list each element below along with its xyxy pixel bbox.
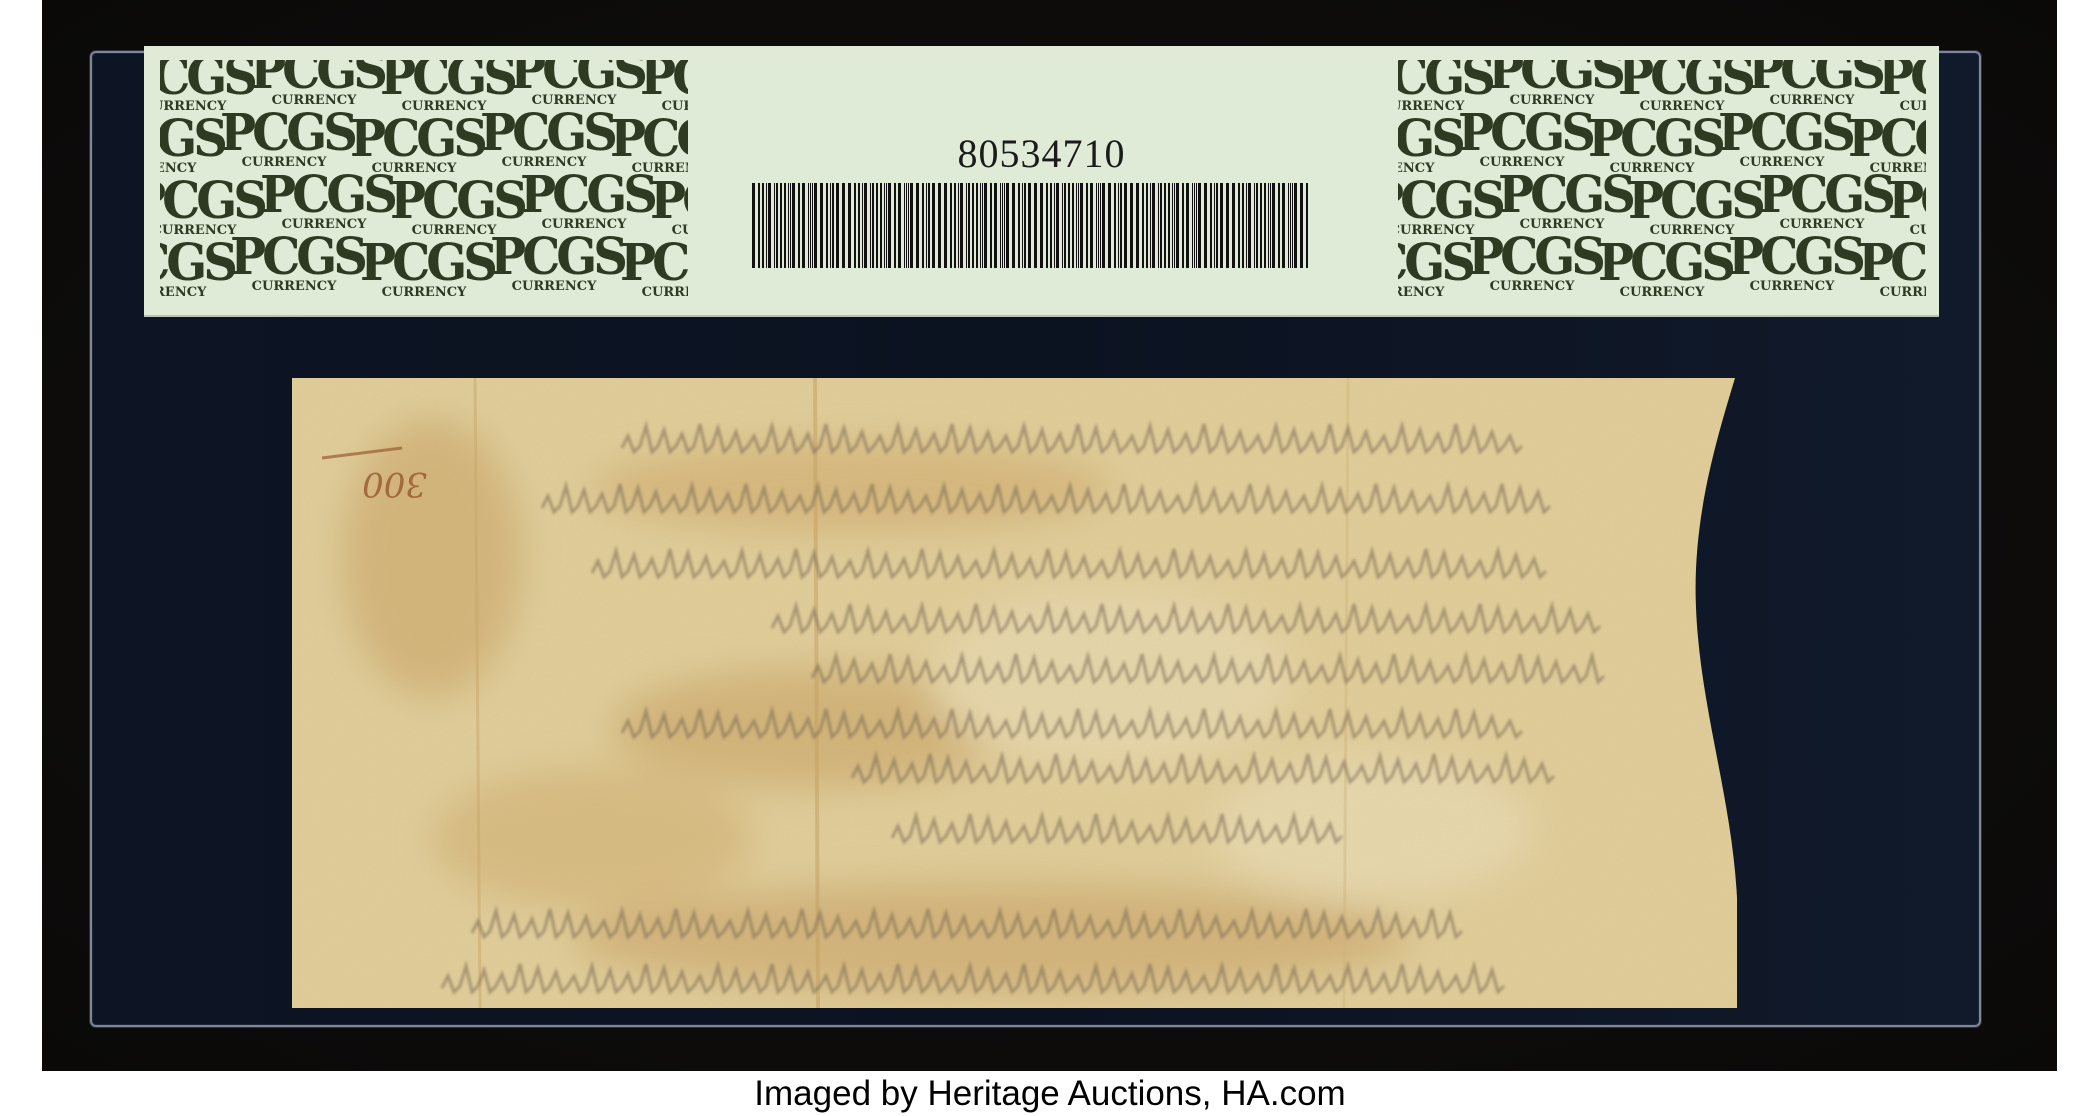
image-credit-caption: Imaged by Heritage Auctions, HA.com	[0, 1071, 2100, 1116]
holder-label: PCGSCURRENCYPCGSCURRENCYPCGSCURRENCYPCGS…	[144, 46, 1939, 315]
pcgs-logo: PCGSCURRENCY	[1888, 178, 1926, 238]
pcgs-logo: PCGSCURRENCY	[360, 240, 488, 300]
pcgs-logo: PCGSCURRENCY	[160, 240, 228, 300]
pcgs-logo: PCGSCURRENCY	[640, 60, 688, 114]
pcgs-logo: PCGSCURRENCY	[1498, 172, 1626, 232]
pcgs-logo: PCGSCURRENCY	[1878, 60, 1926, 114]
pcgs-logo: PCGSCURRENCY	[230, 234, 358, 294]
pcgs-logo: PCGSCURRENCY	[1718, 110, 1846, 170]
pcgs-logo: PCGSCURRENCY	[620, 240, 688, 300]
handwritten-marking: 300	[362, 464, 427, 504]
pcgs-logo: PCGSCURRENCY	[1468, 234, 1596, 294]
pcgs-logo: PCGSCURRENCY	[1758, 172, 1886, 232]
pcgs-logo: PCGSCURRENCY	[510, 60, 638, 108]
pcgs-logo: PCGSCURRENCY	[250, 60, 378, 108]
pcgs-logo: PCGSCURRENCY	[650, 178, 688, 238]
pcgs-pattern-left: PCGSCURRENCYPCGSCURRENCYPCGSCURRENCYPCGS…	[160, 60, 688, 305]
pcgs-logo: PCGSCURRENCY	[1398, 116, 1456, 176]
barcode	[752, 183, 1309, 268]
pcgs-logo: PCGSCURRENCY	[490, 234, 618, 294]
pcgs-pattern-right: PCGSCURRENCYPCGSCURRENCYPCGSCURRENCYPCGS…	[1398, 60, 1926, 305]
pcgs-logo: PCGSCURRENCY	[1598, 240, 1726, 300]
pcgs-logo: PCGSCURRENCY	[1728, 234, 1856, 294]
pcgs-logo: PCGSCURRENCY	[1458, 110, 1586, 170]
pcgs-logo: PCGSCURRENCY	[1858, 240, 1926, 300]
currency-note: 300	[292, 378, 1742, 1008]
pcgs-logo: PCGSCURRENCY	[1488, 60, 1616, 108]
pcgs-logo: PCGSCURRENCY	[1748, 60, 1876, 108]
pcgs-logo: PCGSCURRENCY	[520, 172, 648, 232]
pcgs-logo: PCGSCURRENCY	[1398, 240, 1466, 300]
pcgs-pattern-row: PCGSCURRENCYPCGSCURRENCYPCGSCURRENCYPCGS…	[160, 240, 688, 300]
pcgs-pattern-row: PCGSCURRENCYPCGSCURRENCYPCGSCURRENCYPCGS…	[1398, 240, 1926, 300]
pcgs-logo: PCGSCURRENCY	[260, 172, 388, 232]
